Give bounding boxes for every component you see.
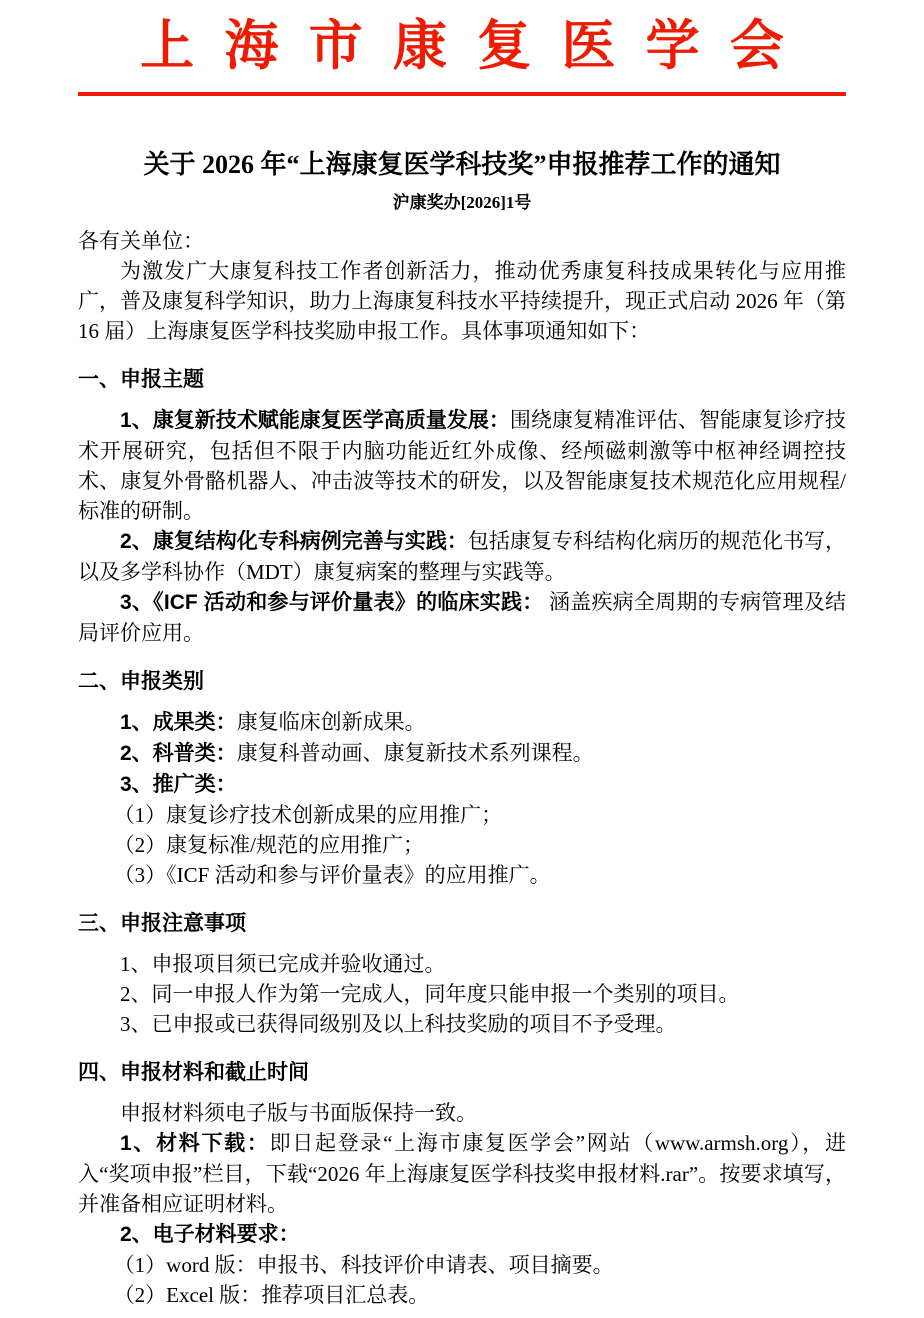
notice-title: 关于 2026 年“上海康复医学科技奖”申报推荐工作的通知	[78, 148, 846, 182]
list-item-lead: 1、成果类：	[120, 711, 237, 734]
list-item: 3、推广类：	[78, 769, 846, 800]
list-item-lead: 3、推广类：	[120, 773, 237, 796]
document-body: 各有关单位： 为激发广大康复科技工作者创新活力，推动优秀康复科技成果转化与应用推…	[78, 226, 846, 1310]
list-item: 1、申报项目须已完成并验收通过。	[78, 949, 846, 979]
paragraph-lead: 1、材料下载：	[120, 1132, 270, 1155]
list-item: 1、成果类：康复临床创新成果。	[78, 707, 846, 738]
letterhead-org-name: 上海市康复医学会	[78, 12, 846, 80]
paragraph: 申报材料须电子版与书面版保持一致。	[78, 1098, 846, 1128]
salutation: 各有关单位：	[78, 226, 846, 256]
paragraph-lead: 2、康复结构化专科病例完善与实践：	[120, 530, 468, 553]
list-item-text: 康复临床创新成果。	[237, 710, 426, 734]
section-heading-1: 一、申报主题	[78, 366, 846, 394]
list-item: （2）康复标准/规范的应用推广；	[78, 830, 846, 860]
list-item: 2、同一申报人作为第一完成人，同年度只能申报一个类别的项目。	[78, 979, 846, 1009]
list-item: （3）《ICF 活动和参与评价量表》的应用推广。	[78, 860, 846, 890]
section-heading-4: 四、申报材料和截止时间	[78, 1059, 846, 1087]
doc-number: 沪康奖办[2026]1号	[78, 192, 846, 214]
paragraph: 1、康复新技术赋能康复医学高质量发展：围绕康复精准评估、智能康复诊疗技术开展研究…	[78, 405, 846, 526]
list-item-lead: 2、科普类：	[120, 742, 237, 765]
list-item: 3、已申报或已获得同级别及以上科技奖励的项目不予受理。	[78, 1009, 846, 1039]
letterhead-rule	[78, 92, 846, 96]
document-page: 上海市康复医学会 关于 2026 年“上海康复医学科技奖”申报推荐工作的通知 沪…	[0, 0, 924, 1318]
paragraph: 2、康复结构化专科病例完善与实践：包括康复专科结构化病历的规范化书写，以及多学科…	[78, 526, 846, 587]
list-item: （1）word 版：申报书、科技评价申请表、项目摘要。	[78, 1250, 846, 1280]
paragraph: 2、电子材料要求：	[78, 1219, 846, 1250]
list-item: （1）康复诊疗技术创新成果的应用推广；	[78, 800, 846, 830]
list-item-text: 康复科普动画、康复新技术系列课程。	[237, 741, 594, 765]
paragraph-lead: 1、康复新技术赋能康复医学高质量发展：	[120, 409, 510, 432]
paragraph: 3、《ICF 活动和参与评价量表》的临床实践： 涵盖疾病全周期的专病管理及结局评…	[78, 587, 846, 648]
section-heading-3: 三、申报注意事项	[78, 910, 846, 938]
list-item: （2）Excel 版：推荐项目汇总表。	[78, 1280, 846, 1310]
intro-paragraph: 为激发广大康复科技工作者创新活力，推动优秀康复科技成果转化与应用推广，普及康复科…	[78, 256, 846, 346]
list-item: 2、科普类：康复科普动画、康复新技术系列课程。	[78, 738, 846, 769]
paragraph-lead: 3、《ICF 活动和参与评价量表》的临床实践：	[120, 591, 544, 614]
section-heading-2: 二、申报类别	[78, 668, 846, 696]
paragraph-lead: 2、电子材料要求：	[120, 1223, 300, 1246]
paragraph: 1、材料下载：即日起登录“上海市康复医学会”网站（www.armsh.org），…	[78, 1128, 846, 1219]
